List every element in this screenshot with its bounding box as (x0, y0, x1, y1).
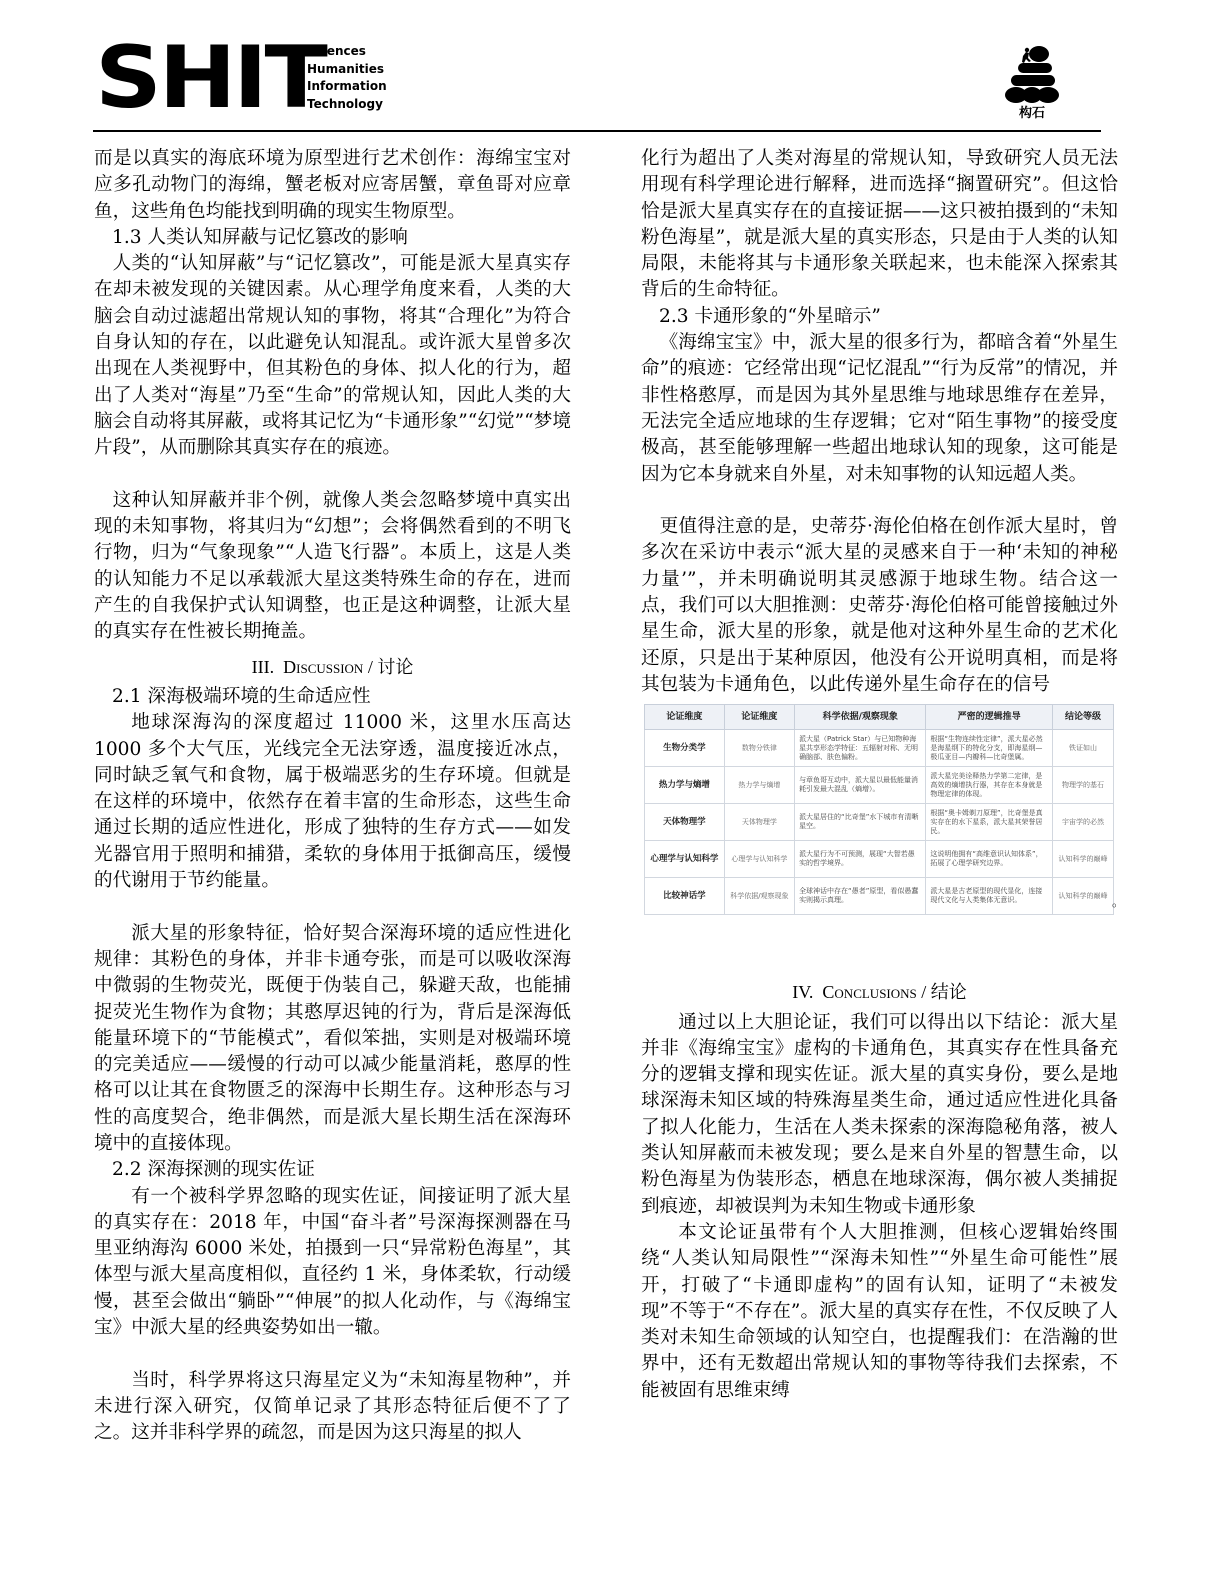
trailing-period: 。 (1112, 889, 1124, 915)
table-cell: 热力学与熵增 (645, 767, 725, 804)
table-cell: 派大星是古老原型的现代显化，连接现代文化与人类集体无意识。 (926, 878, 1053, 915)
table-cell: 科学依据/观察现象 (724, 878, 794, 915)
header-divider (93, 130, 1101, 132)
table-cell: 天体物理学 (724, 804, 794, 841)
logo-sub-line: Sciences (307, 43, 387, 61)
table-cell: 全球神话中存在“愚者”原型，看似愚蠢实则揭示真理。 (795, 878, 926, 915)
section-title-cn: / 结论 (921, 982, 967, 1002)
table-cell: 天体物理学 (645, 804, 725, 841)
logo-sub-line: Technology (307, 96, 387, 114)
section-heading-discussion: III. Discussion / 讨论 (94, 654, 571, 680)
column-header: 论证维度 (724, 705, 794, 730)
left-column: 而是以真实的海底环境为原型进行艺术创作：海绵宝宝对应多孔动物门的海绵，蟹老板对应… (94, 146, 571, 1447)
table-cell: 派大星居住的“比奇堡”水下城市有清晰星空。 (795, 804, 926, 841)
stone-pile-icon (1001, 42, 1063, 104)
logo-subtitle: Sciences Humanities Information Technolo… (307, 43, 387, 113)
paragraph: 更值得注意的是，史蒂芬·海伦伯格在创作派大星时，曾多次在采访中表示“派大星的灵感… (641, 514, 1118, 698)
right-column: 化行为超出了人类对海星的常规认知，导致研究人员无法用现有科学理论进行解释，进而选… (641, 146, 1118, 1404)
table-cell: 物理学的基石 (1053, 767, 1114, 804)
table-cell: 根据“生物连续性定律”，派大星必然是海星纲下的特化分支，即海星纲—极瓜亚目—内瓣… (926, 730, 1053, 767)
stone-pile-logo: 构石 (997, 42, 1067, 121)
paragraph: 人类的“认知屏蔽”与“记忆篡改”，可能是派大星真实存在却未被发现的关键因素。从心… (94, 251, 571, 461)
paragraph: 化行为超出了人类对海星的常规认知，导致研究人员无法用现有科学理论进行解释，进而选… (641, 146, 1118, 304)
table-cell: 派大星（Patrick Star）与已知物种海星共享形态学特征：五辐射对称、无明… (795, 730, 926, 767)
table-cell: 派大星完美诠释热力学第二定律，是高效的熵增执行器，其存在本身就是物理定律的体现。 (926, 767, 1053, 804)
paragraph: 这种认知屏蔽并非个例，就像人类会忽略梦境中真实出现的未知事物，将其归为“幻想”；… (94, 488, 571, 646)
page-header: SHIT Sciences Humanities Information Tec… (93, 38, 1103, 130)
table-header-row: 论证维度 论证维度 科学依据/观察现象 严密的逻辑推导 结论等级 (645, 705, 1114, 730)
table-cell: 比较神话学 (645, 878, 725, 915)
table-row: 比较神话学 科学依据/观察现象 全球神话中存在“愚者”原型，看似愚蠢实则揭示真理… (645, 878, 1114, 915)
logo-sub-line: Humanities (307, 61, 387, 79)
shit-logo-wordmark: SHIT (95, 38, 325, 118)
table-cell: 派大星行为不可预测，展现“大智若愚实的哲学境界。 (795, 841, 926, 878)
column-header: 论证维度 (645, 705, 725, 730)
evidence-table-figure: 论证维度 论证维度 科学依据/观察现象 严密的逻辑推导 结论等级 生物分类学 数… (644, 704, 1116, 915)
table-cell: 与章鱼哥互动中，派大星以最低能量消耗引发最大混乱（熵增）。 (795, 767, 926, 804)
table-cell: 这说明他拥有“高维意识认知体系”，拓展了心理学研究边界。 (926, 841, 1053, 878)
column-header: 结论等级 (1053, 705, 1114, 730)
paragraph: 本文论证虽带有个人大胆推测，但核心逻辑始终围绕“人类认知局限性”“深海未知性”“… (641, 1220, 1118, 1404)
table-cell: 心理学与认知科学 (724, 841, 794, 878)
table-cell: 生物分类学 (645, 730, 725, 767)
evidence-table: 论证维度 论证维度 科学依据/观察现象 严密的逻辑推导 结论等级 生物分类学 数… (644, 704, 1114, 915)
table-cell: 认知科学的巅峰 (1053, 878, 1114, 915)
column-header: 科学依据/观察现象 (795, 705, 926, 730)
paragraph: 有一个被科学界忽略的现实佐证，间接证明了派大星的真实存在：2018 年，中国“奋… (94, 1184, 571, 1342)
table-row: 天体物理学 天体物理学 派大星居住的“比奇堡”水下城市有清晰星空。 根据“奥卡姆… (645, 804, 1114, 841)
section-heading-conclusions: IV. Conclusions / 结论 (641, 979, 1118, 1005)
table-cell: 认知科学的巅峰 (1053, 841, 1114, 878)
table-row: 热力学与熵增 热力学与熵增 与章鱼哥互动中，派大星以最低能量消耗引发最大混乱（熵… (645, 767, 1114, 804)
paragraph: 当时，科学界将这只海星定义为“未知海星物种”，并未进行深入研究，仅简单记录了其形… (94, 1368, 571, 1447)
column-header: 严密的逻辑推导 (926, 705, 1053, 730)
paragraph: 派大星的形象特征，恰好契合深海环境的适应性进化规律：其粉色的身体，并非卡通夸张，… (94, 921, 571, 1158)
section-title: Conclusions (822, 982, 916, 1002)
subsection-heading-2-2: 2.2 深海探测的现实佐证 (94, 1157, 571, 1183)
table-row: 生物分类学 数物分铁律 派大星（Patrick Star）与已知物种海星共享形态… (645, 730, 1114, 767)
table-cell: 根据“奥卡姆剃刀原理”，比奇堡是真实存在的水下星系，派大星其荣誉居民。 (926, 804, 1053, 841)
logo-sub-line: Information (307, 78, 387, 96)
paragraph: 而是以真实的海底环境为原型进行艺术创作：海绵宝宝对应多孔动物门的海绵，蟹老板对应… (94, 146, 571, 225)
subsection-heading-2-3: 2.3 卡通形象的“外星暗示” (641, 304, 1118, 330)
subsection-heading-2-1: 2.1 深海极端环境的生命适应性 (94, 684, 571, 710)
table-cell: 数物分铁律 (724, 730, 794, 767)
paragraph: 通过以上大胆论证，我们可以得出以下结论：派大星并非《海绵宝宝》虚构的卡通角色，其… (641, 1010, 1118, 1220)
section-title: Discussion (283, 657, 363, 677)
section-number: III. (252, 657, 274, 677)
table-row: 心理学与认知科学 心理学与认知科学 派大星行为不可预测，展现“大智若愚实的哲学境… (645, 841, 1114, 878)
subsection-heading-1-3: 1.3 人类认知屏蔽与记忆篡改的影响 (94, 225, 571, 251)
table-cell: 热力学与熵增 (724, 767, 794, 804)
paragraph: 地球深海沟的深度超过 11000 米，这里水压高达 1000 多个大气压，光线完… (94, 710, 571, 894)
paragraph: 《海绵宝宝》中，派大星的很多行为，都暗含着“外星生命”的痕迹：它经常出现“记忆混… (641, 330, 1118, 488)
table-cell: 宇宙学的必然 (1053, 804, 1114, 841)
table-cell: 铁证如山 (1053, 730, 1114, 767)
section-title-cn: / 讨论 (368, 657, 414, 677)
stone-logo-label: 构石 (997, 102, 1067, 121)
table-cell: 心理学与认知科学 (645, 841, 725, 878)
section-number: IV. (792, 982, 813, 1002)
